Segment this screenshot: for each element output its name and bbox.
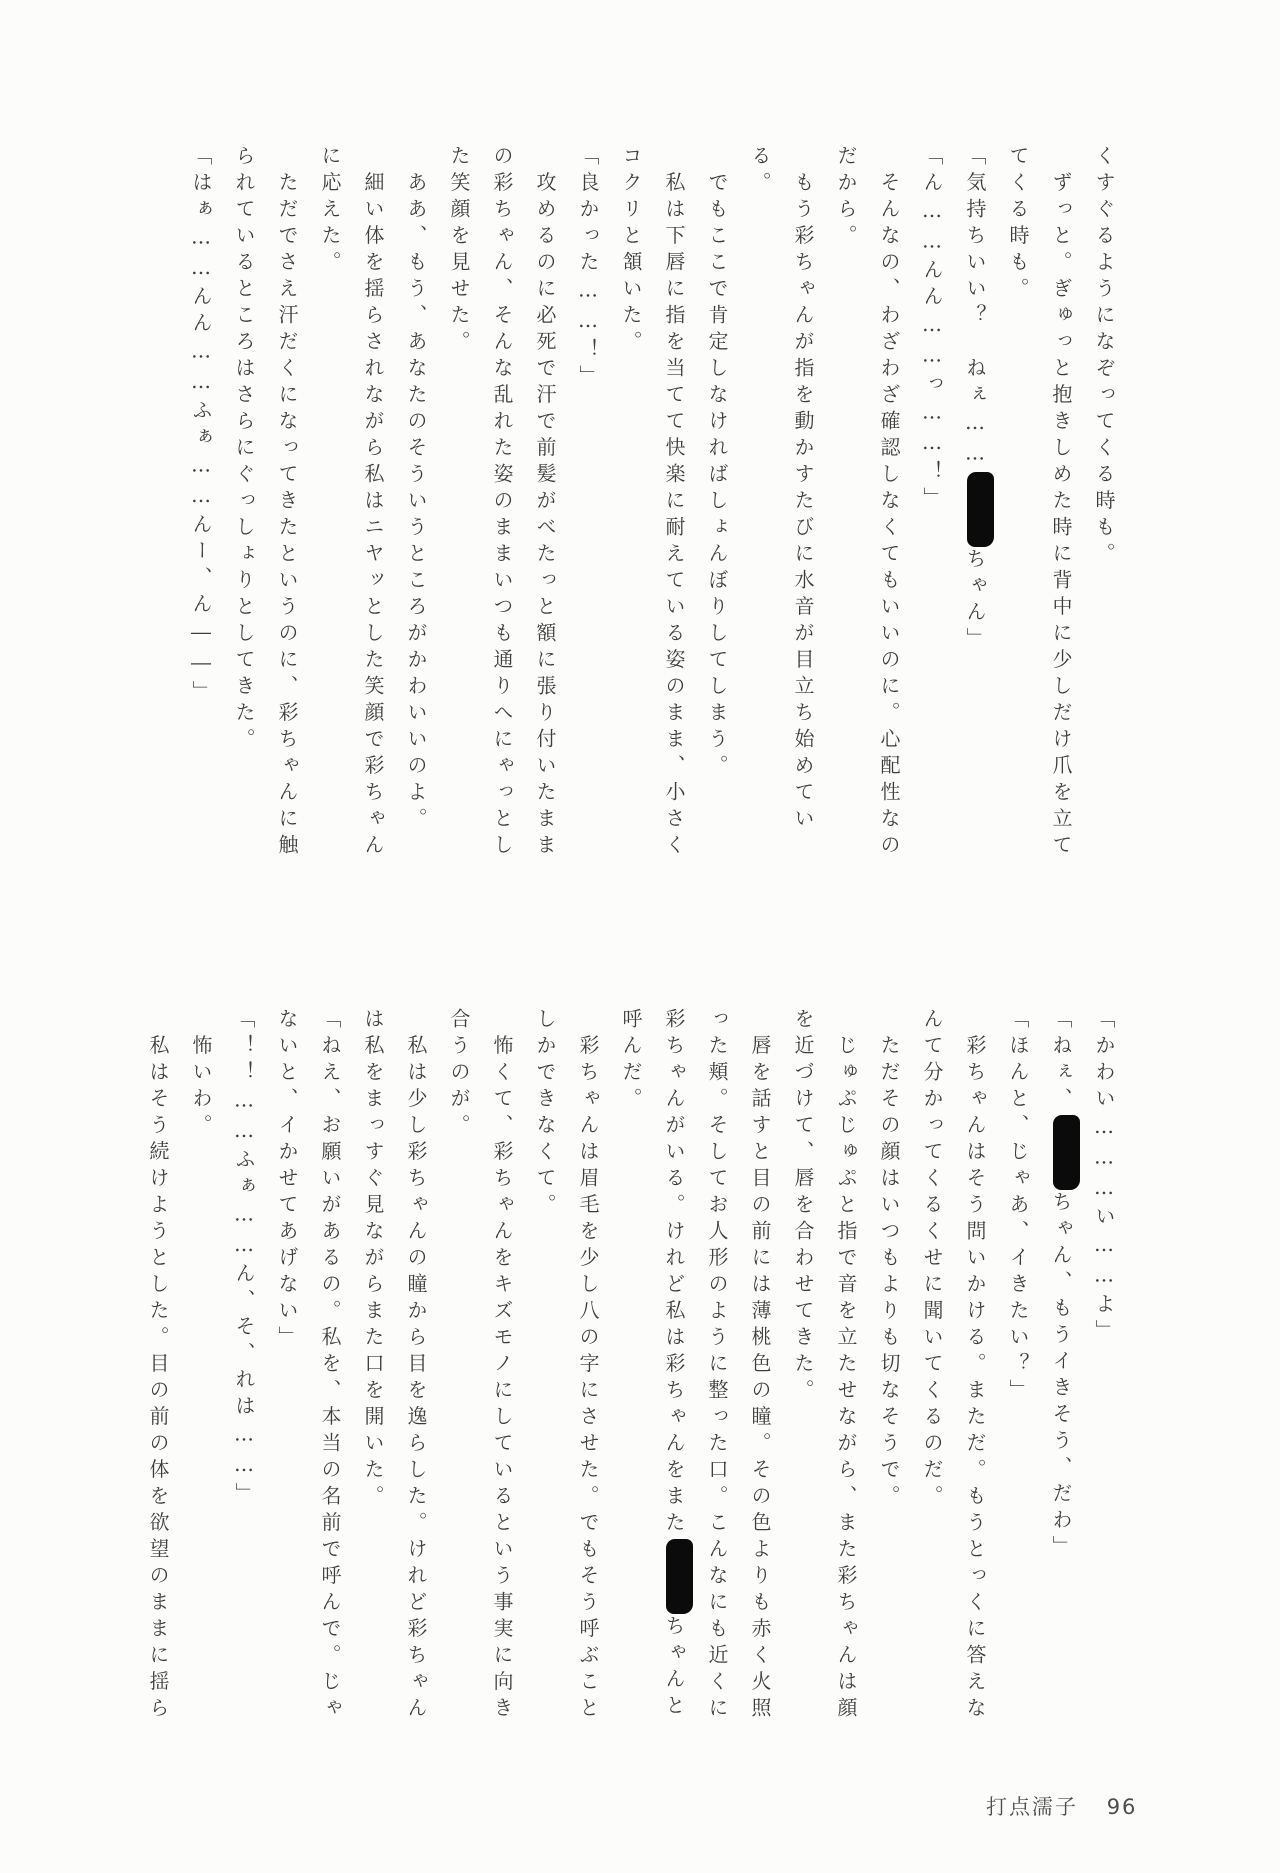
text-column: 彩ちゃんは眉毛を少し八の字にさせた。でもそう呼ぶこと	[566, 1008, 609, 1740]
text-column: ないと、イかせてあげない」	[265, 1008, 308, 1740]
footer-author-name: 打点濡子	[986, 1795, 1078, 1819]
text-column: 「気持ちいい？ ねぇ……ちゃん」	[953, 145, 996, 877]
text-column: しかできなくて。	[523, 1008, 566, 1740]
text-column: 彩ちゃんがいる。けれど私は彩ちゃんをまたちゃんと	[652, 1008, 695, 1740]
text-block-bottom: 「かわい………い……よ」「ねぇ、ちゃん、もうイきそう、だわ」「ほんと、じゃあ、イ…	[136, 1008, 1125, 1740]
text-column: 私はそう続けようとした。目の前の体を欲望のままに揺ら	[136, 1008, 179, 1740]
text-column: に応えた。	[308, 145, 351, 877]
redaction-ink-blob	[666, 1539, 693, 1614]
text-column: た笑顔を見せた。	[437, 145, 480, 877]
text-column: 「！！……ふぁ……ん、そ、れは……」	[222, 1008, 265, 1740]
text-column: 怖いわ。	[179, 1008, 222, 1740]
text-column: ああ、もう、あなたのそういうところがかわいいのよ。	[394, 145, 437, 877]
text-column: 私は少し彩ちゃんの瞳から目を逸らした。けれど彩ちゃん	[394, 1008, 437, 1740]
text-column: 「ねぇ、ちゃん、もうイきそう、だわ」	[1039, 1008, 1082, 1740]
text-column: コクリと頷いた。	[609, 145, 652, 877]
text-column: もう彩ちゃんが指を動かすたびに水音が目立ち始めてい	[781, 145, 824, 877]
text-column: 怖くて、彩ちゃんをキズモノにしているという事実に向き	[480, 1008, 523, 1740]
text-column: 呼んだ。	[609, 1008, 652, 1740]
scanned-book-page: くすぐるようになぞってくる時も。 ずっと。ぎゅっと抱きしめた時に背中に少しだけ爪…	[0, 0, 1280, 1873]
text-column: 「良かった……！」	[566, 145, 609, 877]
text-column: 合うのが。	[437, 1008, 480, 1740]
text-column: ずっと。ぎゅっと抱きしめた時に背中に少しだけ爪を立て	[1039, 145, 1082, 877]
text-column: 「はぁ……んん……ふぁ……んー、ん――」	[179, 145, 222, 877]
text-column: の彩ちゃん、そんな乱れた姿のままいつも通りへにゃっとし	[480, 145, 523, 877]
text-column: そんなの、わざわざ確認しなくてもいいのに。心配性なの	[867, 145, 910, 877]
text-column: 細い体を揺らされながら私はニヤッとした笑顔で彩ちゃん	[351, 145, 394, 877]
text-column: 「ねえ、お願いがあるの。私を、本当の名前で呼んで。じゃ	[308, 1008, 351, 1740]
text-column: 彩ちゃんはそう問いかける。まただ。もうとっくに答えな	[953, 1008, 996, 1740]
text-column: ただでさえ汗だくになってきたというのに、彩ちゃんに触	[265, 145, 308, 877]
text-column: った頬。そしてお人形のように整った口。こんなにも近くに	[695, 1008, 738, 1740]
text-column: 唇を話すと目の前には薄桃色の瞳。その色よりも赤く火照	[738, 1008, 781, 1740]
text-column: ただその顔はいつもよりも切なそうで。	[867, 1008, 910, 1740]
redaction-ink-blob	[967, 472, 994, 547]
text-column: を近づけて、唇を合わせてきた。	[781, 1008, 824, 1740]
text-column: てくる時も。	[996, 145, 1039, 877]
text-column: 攻めるのに必死で汗で前髪がべたっと額に張り付いたまま	[523, 145, 566, 877]
text-column: は私をまっすぐ見ながらまた口を開いた。	[351, 1008, 394, 1740]
text-column: られているところはさらにぐっしょりとしてきた。	[222, 145, 265, 877]
redaction-ink-blob	[1053, 1115, 1080, 1190]
text-block-top: くすぐるようになぞってくる時も。 ずっと。ぎゅっと抱きしめた時に背中に少しだけ爪…	[179, 145, 1125, 877]
text-column: でもここで肯定しなければしょんぼりしてしまう。	[695, 145, 738, 877]
text-column: じゅぷじゅぷと指で音を立たせながら、また彩ちゃんは顔	[824, 1008, 867, 1740]
text-column: 私は下唇に指を当てて快楽に耐えている姿のまま、小さく	[652, 145, 695, 877]
text-column: んて分かってくるくせに聞いてくるのだ。	[910, 1008, 953, 1740]
text-column: 「ん……んん……っ……！」	[910, 145, 953, 877]
page-footer: 打点濡子 96	[986, 1791, 1137, 1821]
text-column: る。	[738, 145, 781, 877]
footer-page-number: 96	[1107, 1795, 1138, 1819]
text-column: だから。	[824, 145, 867, 877]
text-column: 「かわい………い……よ」	[1082, 1008, 1125, 1740]
text-column: くすぐるようになぞってくる時も。	[1082, 145, 1125, 877]
text-column: 「ほんと、じゃあ、イきたい？」	[996, 1008, 1039, 1740]
